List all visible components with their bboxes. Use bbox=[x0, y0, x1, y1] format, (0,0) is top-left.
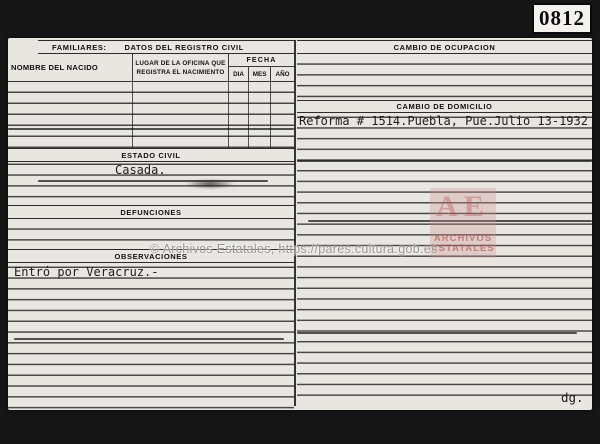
col-dia: DIA bbox=[229, 67, 248, 81]
card-number-stamp: 0812 bbox=[532, 3, 592, 34]
ink-smudge bbox=[185, 179, 235, 189]
scan-artifact-line bbox=[297, 160, 592, 162]
scan-artifact-line bbox=[14, 338, 284, 340]
registry-card: FAMILIARES: DATOS DEL REGISTRO CIVIL NOM… bbox=[8, 38, 592, 410]
ae-logo-initials: AE bbox=[430, 190, 496, 224]
left-panel: FAMILIARES: DATOS DEL REGISTRO CIVIL NOM… bbox=[8, 38, 294, 410]
defunciones-header: DEFUNCIONES bbox=[8, 205, 294, 219]
card-number: 0812 bbox=[539, 6, 585, 31]
lugar-line2: REGISTRA EL NACIMIENTO bbox=[137, 69, 225, 76]
column-divider bbox=[132, 82, 133, 148]
column-divider bbox=[248, 82, 249, 148]
col-lugar-oficina: LUGAR DE LA OFICINA QUE REGISTRA EL NACI… bbox=[132, 54, 228, 81]
col-fecha: FECHA DIA MES AÑO bbox=[228, 54, 294, 81]
column-divider bbox=[228, 82, 229, 148]
familiares-header: FAMILIARES: DATOS DEL REGISTRO CIVIL bbox=[38, 40, 294, 54]
footer-initials: dg. bbox=[561, 390, 584, 405]
observaciones-value: Entró por Veracruz.- bbox=[14, 265, 294, 279]
cambio-domicilio-label: CAMBIO DE DOMICILIO bbox=[397, 102, 493, 111]
lugar-line1: LUGAR DE LA OFICINA QUE bbox=[135, 60, 225, 67]
ae-logo-line2: ESTATALES bbox=[431, 244, 494, 254]
ocupacion-lines bbox=[297, 54, 592, 100]
registro-table-header: NOMBRE DEL NACIDO LUGAR DE LA OFICINA QU… bbox=[8, 54, 294, 82]
col-mes: MES bbox=[248, 67, 270, 81]
ae-logo-caption: ARCHIVOS ESTATALES bbox=[431, 234, 494, 254]
observaciones-lines: Entró por Veracruz.- bbox=[8, 263, 294, 410]
scan-artifact-line bbox=[8, 128, 294, 130]
scanned-registry-card-page: 0812 FAMILIARES: DATOS DEL REGISTRO CIVI… bbox=[0, 0, 600, 444]
defunciones-label: DEFUNCIONES bbox=[120, 208, 181, 217]
fecha-label: FECHA bbox=[229, 54, 294, 67]
datos-registro-civil-label: DATOS DEL REGISTRO CIVIL bbox=[125, 43, 244, 52]
domicilio-value: Reforma # 1514.Puebla, Pue.Julio 13-1932 bbox=[299, 114, 592, 128]
center-divider bbox=[294, 40, 296, 406]
fecha-subcolumns: DIA MES AÑO bbox=[229, 67, 294, 81]
cambio-domicilio-header: CAMBIO DE DOMICILIO bbox=[297, 100, 592, 113]
registro-ruled-rows bbox=[8, 82, 294, 148]
scan-artifact-line bbox=[297, 332, 577, 334]
archive-watermark-text: © Archivos Estatales, https://pares.cult… bbox=[150, 242, 438, 256]
cambio-ocupacion-header: CAMBIO DE OCUPACION bbox=[297, 40, 592, 54]
archivos-estatales-logo: AE ARCHIVOS ESTATALES bbox=[430, 188, 496, 258]
estado-civil-lines: Casada. bbox=[8, 162, 294, 205]
domicilio-lines: Reforma # 1514.Puebla, Pue.Julio 13-1932 bbox=[297, 113, 592, 403]
column-divider bbox=[270, 82, 271, 148]
cambio-ocupacion-label: CAMBIO DE OCUPACION bbox=[394, 43, 496, 52]
estado-civil-value: Casada. bbox=[115, 163, 294, 177]
estado-civil-label: ESTADO CIVIL bbox=[121, 151, 180, 160]
estado-civil-header: ESTADO CIVIL bbox=[8, 148, 294, 162]
col-ano: AÑO bbox=[270, 67, 294, 81]
familiares-label: FAMILIARES: bbox=[52, 43, 107, 52]
col-nombre-del-nacido: NOMBRE DEL NACIDO bbox=[8, 54, 132, 81]
